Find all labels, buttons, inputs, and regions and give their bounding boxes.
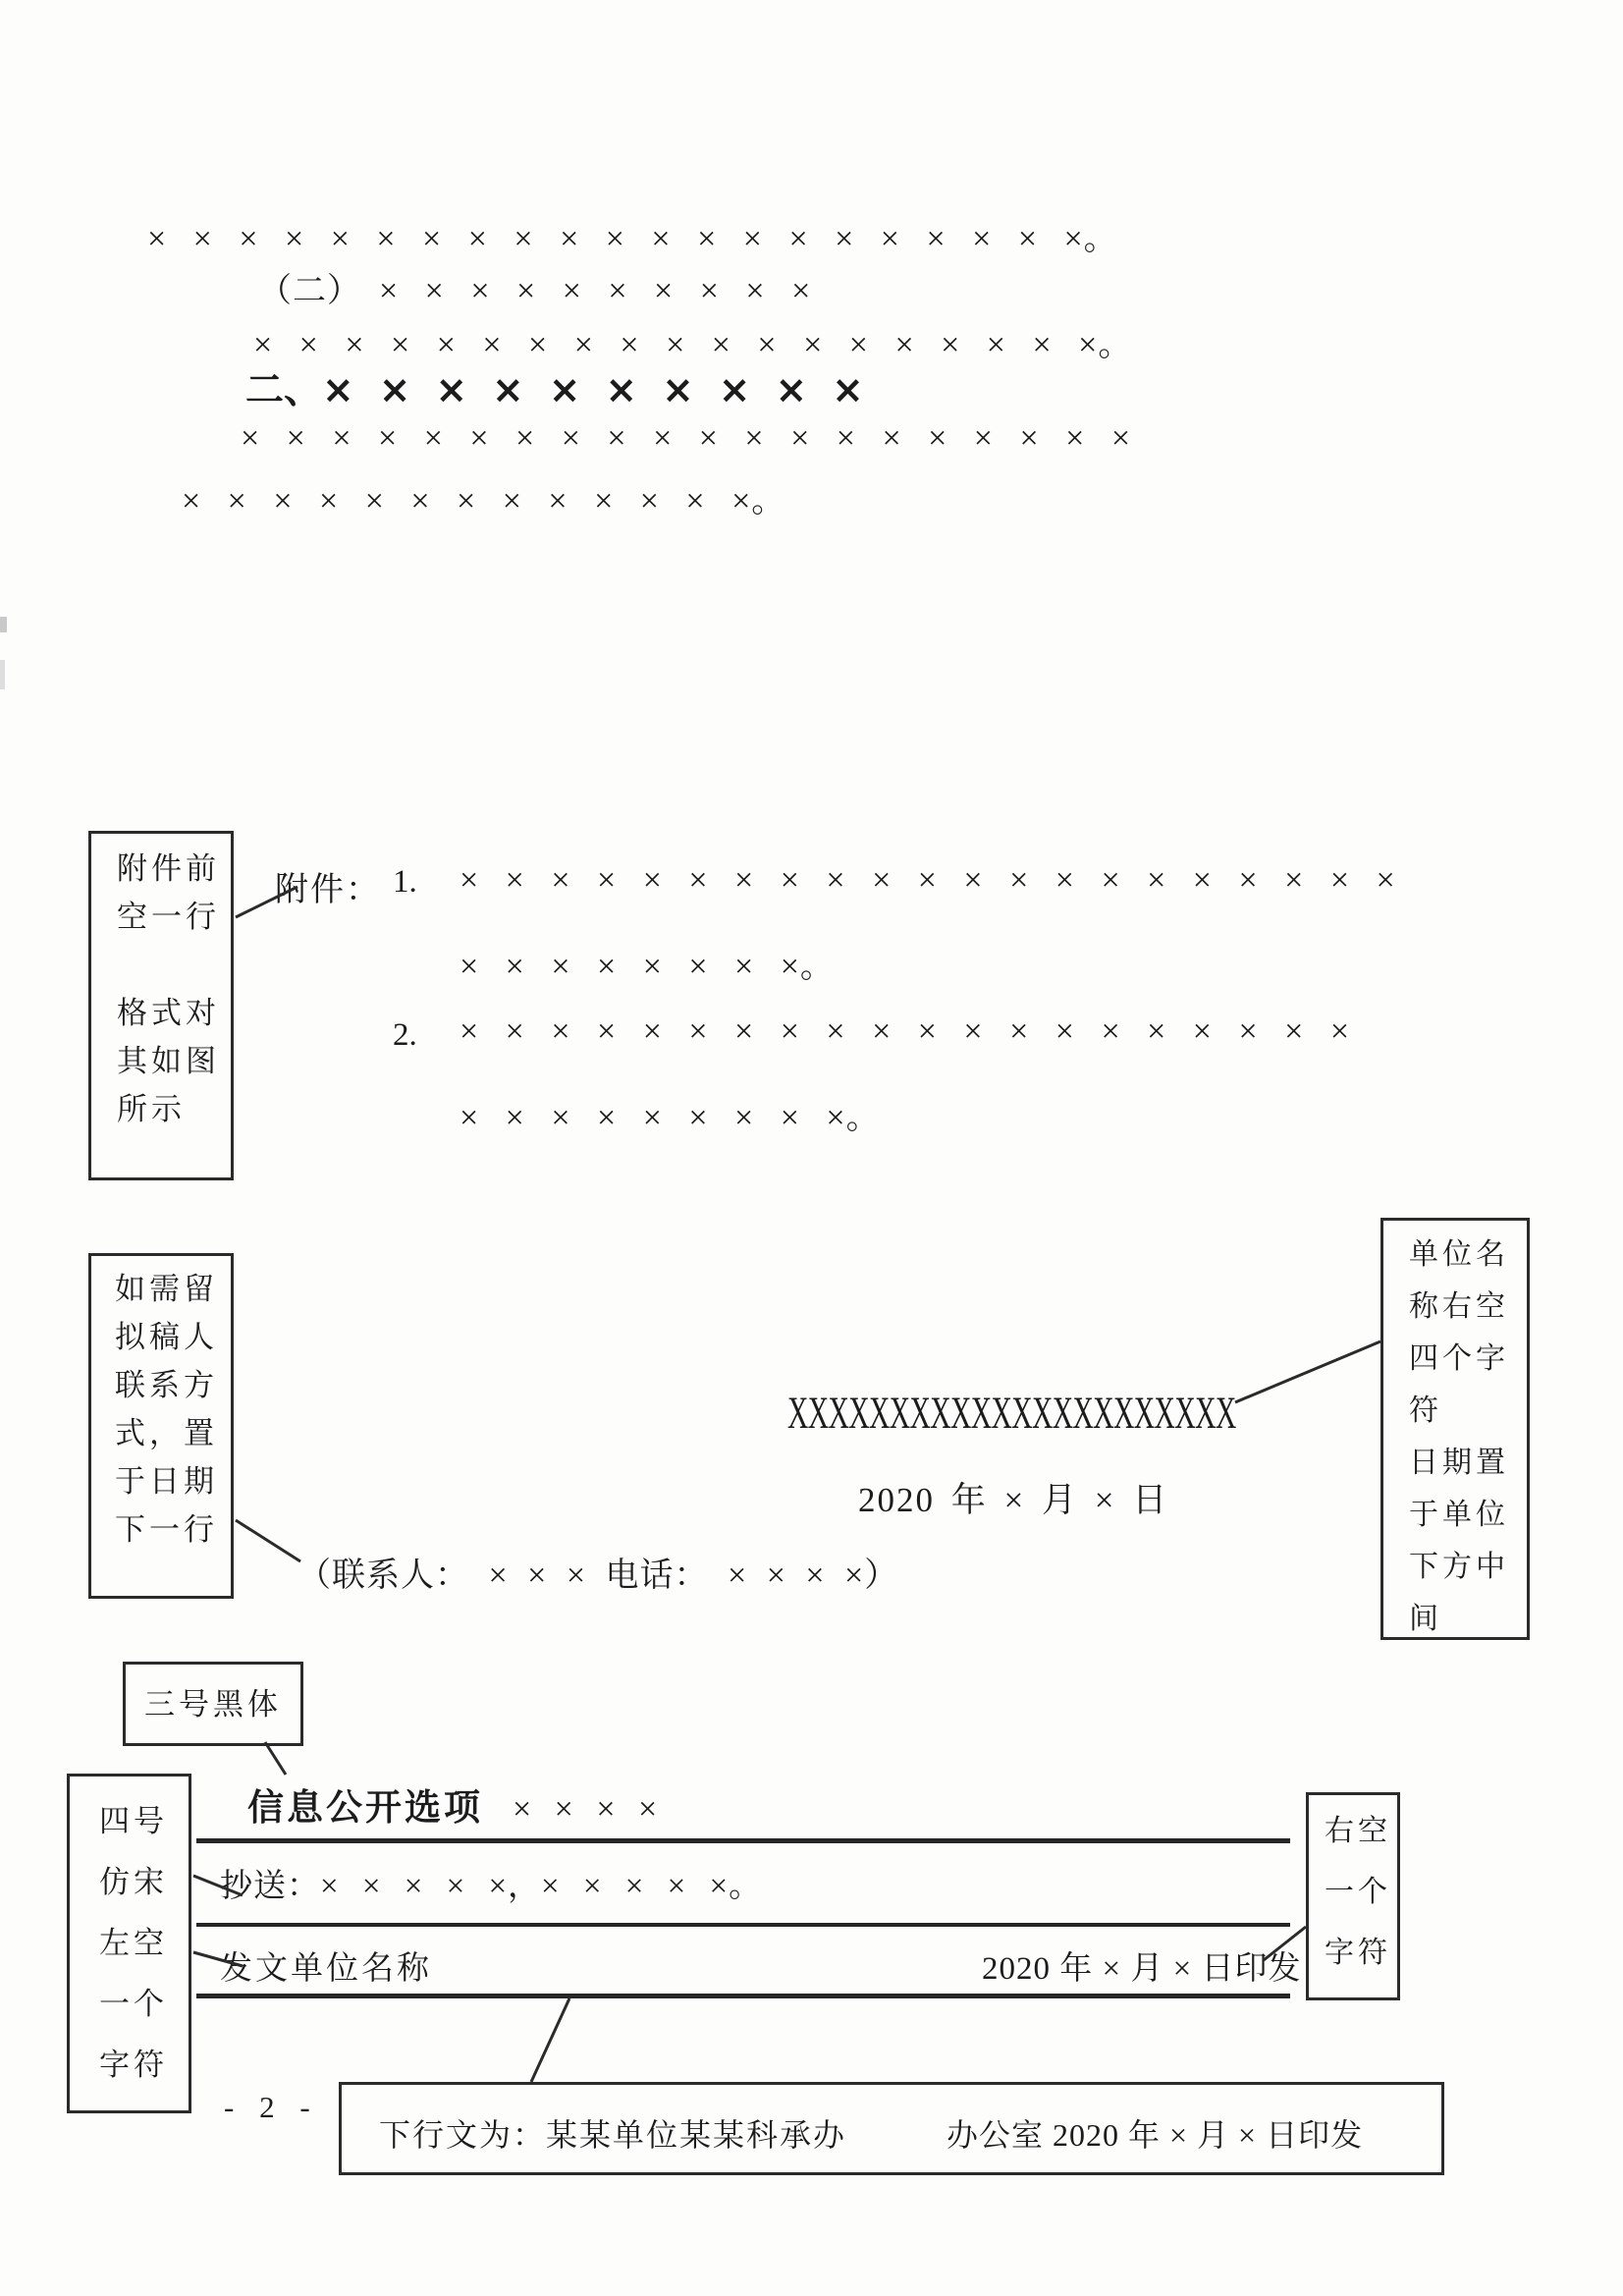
cc-line: 抄送：× × × × ×，× × × × ×。: [220, 1860, 762, 1906]
note-line: 其如图: [117, 1046, 231, 1094]
document-page: × × × × × × × × × × × × × × × × × × × × …: [0, 0, 1623, 2296]
note-line: 仿宋: [99, 1867, 189, 1928]
body-line-3: × × × × × × × × × × × × × × × × × × ×。: [253, 317, 1132, 365]
attachment-item2-number: 2.: [393, 1017, 417, 1054]
note-line: 下一行: [115, 1514, 231, 1562]
info-disclosure-line: 信息公开选项× × × ×: [247, 1777, 657, 1831]
connector-sanhao-note: [265, 1742, 286, 1775]
body-line-6: × × × × × × × × × × × × ×。: [182, 473, 785, 521]
note-line: 所示: [117, 1094, 231, 1142]
attachment-item1-line1: × × × × × × × × × × × × × × × × × × × × …: [460, 862, 1396, 900]
note-line: 左空: [99, 1928, 189, 1989]
sanhao-note-box: 三号黑体: [123, 1662, 303, 1746]
print-date: 2020 年 × 月 × 日印发: [982, 1942, 1267, 1989]
note-line: 单位名: [1409, 1240, 1527, 1292]
note-line: 称右空: [1409, 1292, 1527, 1344]
body-line-2: （二）× × × × × × × × × ×: [258, 263, 811, 311]
note-line: 右空: [1325, 1817, 1397, 1878]
body-line-5: × × × × × × × × × × × × × × × × × × × ×: [241, 420, 1131, 458]
separator-rule-top: [196, 1838, 1290, 1843]
note-line: 于单位: [1409, 1501, 1527, 1553]
note-line: 一个: [1325, 1878, 1397, 1939]
note-line: [117, 950, 231, 998]
connector-unit-note: [1235, 1341, 1380, 1402]
bottom-note-left: 下行文为：某某单位某某科承办: [379, 2110, 846, 2156]
issuing-unit-name-placeholder: XXXXXXXXXXXXXXXXXXXXXX: [787, 1387, 1236, 1440]
separator-rule-bottom: [196, 1994, 1290, 1998]
right-space-note-box: 右空 一个 字符: [1306, 1792, 1400, 2000]
section-heading-placeholder: ××××××××××: [322, 368, 889, 412]
note-line: 四号: [99, 1806, 189, 1867]
note-line: 下方中: [1409, 1553, 1527, 1605]
note-line: 字符: [1325, 1939, 1397, 1999]
issuing-office-label: 发文单位名称: [220, 1942, 432, 1989]
attachment-note-box: 附件前 空一行 格式对 其如图 所示: [88, 831, 234, 1180]
page-number: - 2 -: [224, 2090, 312, 2125]
signature-date: 2020 年 × 月 × 日: [858, 1473, 1168, 1522]
unit-name-note-box: 单位名 称右空 四个字 符 日期置 于单位 下方中 间: [1380, 1218, 1530, 1640]
bottom-note-right: 办公室 2020 年 × 月 × 日印发: [947, 2110, 1363, 2156]
attachment-item1-number: 1.: [393, 864, 417, 901]
info-disclosure-value: × × × ×: [513, 1791, 657, 1828]
section-heading-number: 二、: [245, 369, 322, 411]
note-line: 空一行: [117, 902, 231, 950]
attachment-item2-line2: × × × × × × × × ×。: [460, 1090, 881, 1138]
attachment-item1-line2: × × × × × × × ×。: [460, 939, 835, 987]
separator-rule-middle: [196, 1923, 1290, 1927]
note-line: 附件前: [117, 853, 231, 902]
note-line: 三号黑体: [144, 1689, 282, 1720]
note-line: 一个: [99, 1989, 189, 2050]
note-line: 于日期: [115, 1466, 231, 1514]
note-line: 四个字: [1409, 1344, 1527, 1396]
section-heading: 二、××××××××××: [245, 359, 889, 414]
note-line: 符: [1409, 1396, 1527, 1449]
note-line: 间: [1409, 1605, 1527, 1657]
connector-bottom-note: [531, 1998, 569, 2082]
note-line: 日期置: [1409, 1449, 1527, 1501]
body-line-1: × × × × × × × × × × × × × × × × × × × × …: [147, 211, 1118, 259]
note-line: 拟稿人: [115, 1322, 231, 1370]
connector-contact-note: [236, 1520, 300, 1561]
note-line: 式，置: [115, 1418, 231, 1466]
list-item-label: （二）: [258, 273, 361, 309]
fangsong-note-box: 四号 仿宋 左空 一个 字符: [67, 1774, 191, 2113]
note-line: 格式对: [117, 998, 231, 1046]
info-disclosure-heading: 信息公开选项: [247, 1786, 483, 1829]
drafter-contact-line: （联系人： × × × 电话： × × × ×）: [298, 1548, 898, 1596]
attachment-item2-line1: × × × × × × × × × × × × × × × × × × × ×: [460, 1013, 1350, 1051]
bottom-note-box: 下行文为：某某单位某某科承办 办公室 2020 年 × 月 × 日印发: [339, 2082, 1444, 2175]
note-line: 字符: [99, 2050, 189, 2110]
list-item-placeholder: × × × × × × × × × ×: [379, 273, 811, 309]
scan-artifact: [0, 617, 7, 632]
scan-artifact: [0, 660, 5, 689]
note-line: 如需留: [115, 1274, 231, 1322]
attachment-label: 附件：: [275, 862, 381, 910]
note-line: 联系方: [115, 1370, 231, 1418]
contact-note-box: 如需留 拟稿人 联系方 式，置 于日期 下一行: [88, 1253, 234, 1599]
